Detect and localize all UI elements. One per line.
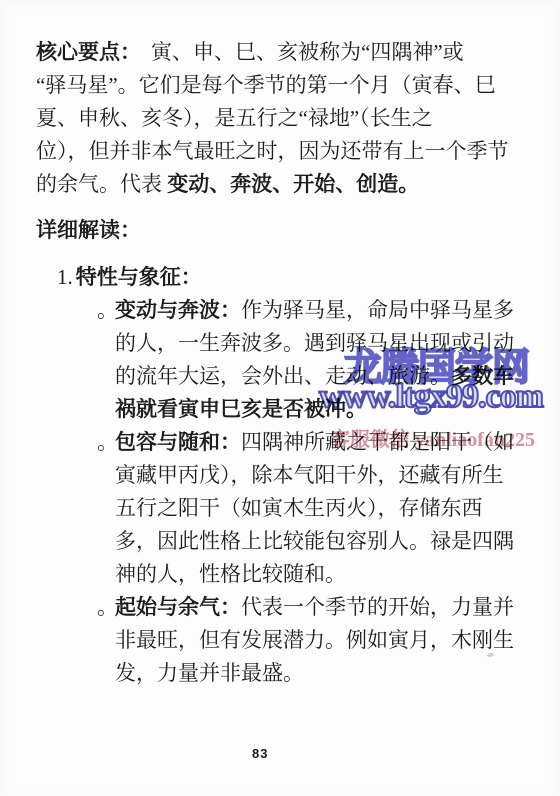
list-title-text: 特性与象征：: [76, 265, 202, 289]
bullet-marker: 。: [97, 426, 118, 459]
page-number: 83: [252, 746, 268, 761]
text-line: 核心要点：寅、申、巳、亥被称为“四隅神”或: [36, 36, 536, 69]
text-line: 寅藏甲丙戊），除本气阳干外，还藏有所生: [115, 459, 536, 492]
bullet-text: 作为驿马星，命局中驿马星多: [241, 298, 514, 322]
bullet-item-beginning: 。 起始与余气：代表一个季节的开始，力量并 非最旺，但有发展潜力。例如寅月，木刚…: [36, 591, 536, 690]
text-line: 多，因此性格上比较能包容别人。禄是四隅: [115, 525, 536, 558]
bullet-term: 包容与随和：: [115, 430, 241, 454]
text-line: “驿马星”。它们是每个季节的第一个月（寅春、巳: [36, 69, 536, 102]
document-page: 核心要点：寅、申、巳、亥被称为“四隅神”或 “驿马星”。它们是每个季节的第一个月…: [0, 0, 560, 796]
bullet-bold-text: 多数车: [451, 364, 514, 388]
bullet-item-tolerance: 。 包容与随和：四隅神所藏之干都是阳干（如 寅藏甲丙戊），除本气阳干外，还藏有所…: [36, 426, 536, 591]
bullet-term: 起始与余气：: [115, 595, 241, 619]
text-line: 夏、申秋、亥冬），是五行之“禄地”（长生之: [36, 102, 536, 135]
bullet-marker: 。: [97, 294, 118, 327]
text-line: 的人，一生奔波多。遇到驿马星出现或引动: [115, 327, 536, 360]
bullet-text: 的流年大运，会外出、走动、旅游。: [115, 364, 451, 388]
bullet-item-change: 。 变动与奔波：作为驿马星，命局中驿马星多 的人，一生奔波多。遇到驿马星出现或引…: [36, 294, 536, 426]
bullet-term: 变动与奔波：: [115, 298, 241, 322]
intro-label: 核心要点：: [36, 40, 141, 64]
text-line: 包容与随和：四隅神所藏之干都是阳干（如: [115, 426, 536, 459]
intro-text: 的余气。代表: [36, 172, 167, 196]
list-number: 1.: [57, 265, 73, 289]
bullet-bold-text: 祸就看寅申巳亥是否被冲。: [115, 397, 367, 421]
text-line: 五行之阳干（如寅木生丙火），存储东西: [115, 492, 536, 525]
intro-bold-keywords: 变动、奔波、开始、创造。: [167, 172, 419, 196]
text-line: 的流年大运，会外出、走动、旅游。多数车: [115, 360, 536, 393]
text-line: 神的人，性格比较随和。: [115, 558, 536, 591]
text-line: 非最旺，但有发展潜力。例如寅月，木刚生: [115, 624, 536, 657]
bullet-list: 。 变动与奔波：作为驿马星，命局中驿马星多 的人，一生奔波多。遇到驿马星出现或引…: [36, 294, 536, 690]
section-heading: 详细解读：: [36, 214, 536, 247]
text-line: 位），但并非本气最旺之时，因为还带有上一个季节: [36, 135, 536, 168]
bullet-marker: 。: [97, 591, 118, 624]
intro-text: 寅、申、巳、亥被称为“四隅神”或: [151, 40, 464, 64]
text-line: 祸就看寅申巳亥是否被冲。: [115, 393, 536, 426]
bullet-text: 代表一个季节的开始，力量并: [241, 595, 514, 619]
list-item-title: 1.特性与象征：: [36, 261, 536, 294]
text-line: 变动与奔波：作为驿马星，命局中驿马星多: [115, 294, 536, 327]
text-line: 起始与余气：代表一个季节的开始，力量并: [115, 591, 536, 624]
page-content: 核心要点：寅、申、巳、亥被称为“四隅神”或 “驿马星”。它们是每个季节的第一个月…: [36, 36, 536, 690]
bullet-text: 四隅神所藏之干都是阳干（如: [241, 430, 514, 454]
intro-paragraph: 核心要点：寅、申、巳、亥被称为“四隅神”或 “驿马星”。它们是每个季节的第一个月…: [36, 36, 536, 201]
text-line: 的余气。代表 变动、奔波、开始、创造。: [36, 168, 536, 201]
text-line: 发，力量并非最盛。: [115, 657, 536, 690]
